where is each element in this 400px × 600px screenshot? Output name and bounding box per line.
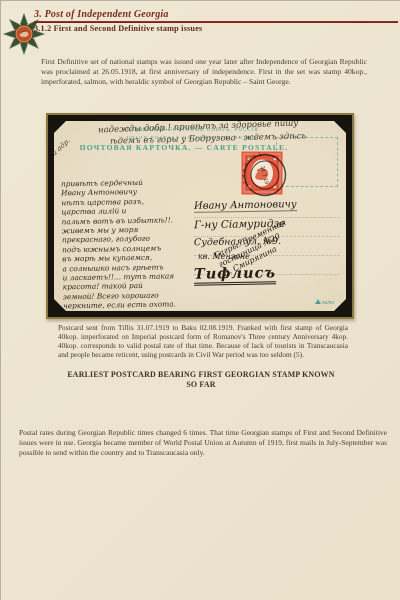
- footer-paragraph: Postal rates during Georgian Republic ti…: [19, 428, 387, 458]
- triangle-logo-icon: [315, 299, 321, 304]
- message-line: черкните, если есть охота.: [63, 299, 215, 311]
- handwritten-message: привѣтъ сердечный Ивану Антоновичу нѣтъ …: [61, 177, 215, 311]
- exhibit-page: 3. Post of Independent Georgia 3.1.2 Fir…: [0, 0, 400, 600]
- highlight-statement: EARLIEST POSTCARD BEARING FIRST GEORGIAN…: [61, 370, 341, 389]
- corner-mark-text: 90/90: [322, 301, 334, 306]
- tiflis-postmark: ТИФЛИСЪ 31 7 19: [242, 152, 288, 198]
- postcard-frame: ВСЕМІРНЫЙ ПОЧТОВЫЙ СОЮЗЪ. РОССІЯ. UNION …: [46, 113, 354, 319]
- postcard-scan: ВСЕМІРНЫЙ ПОЧТОВЫЙ СОЮЗЪ. РОССІЯ. UNION …: [54, 121, 346, 311]
- intro-paragraph: First Definitive set of national stamps …: [41, 57, 367, 88]
- header-rule: [34, 21, 398, 23]
- postcard-caption: Postcard sent from Tiflis 31.07.1919 to …: [58, 324, 348, 360]
- page-title: 3. Post of Independent Georgia: [34, 9, 394, 20]
- postmark-date-text: 31 7 19: [259, 165, 269, 185]
- page-subtitle: 3.1.2 First and Second Definitive stamp …: [34, 24, 394, 33]
- address-line: Ивану Антоновичу: [194, 199, 297, 213]
- printer-corner-mark: 90/90: [315, 299, 334, 306]
